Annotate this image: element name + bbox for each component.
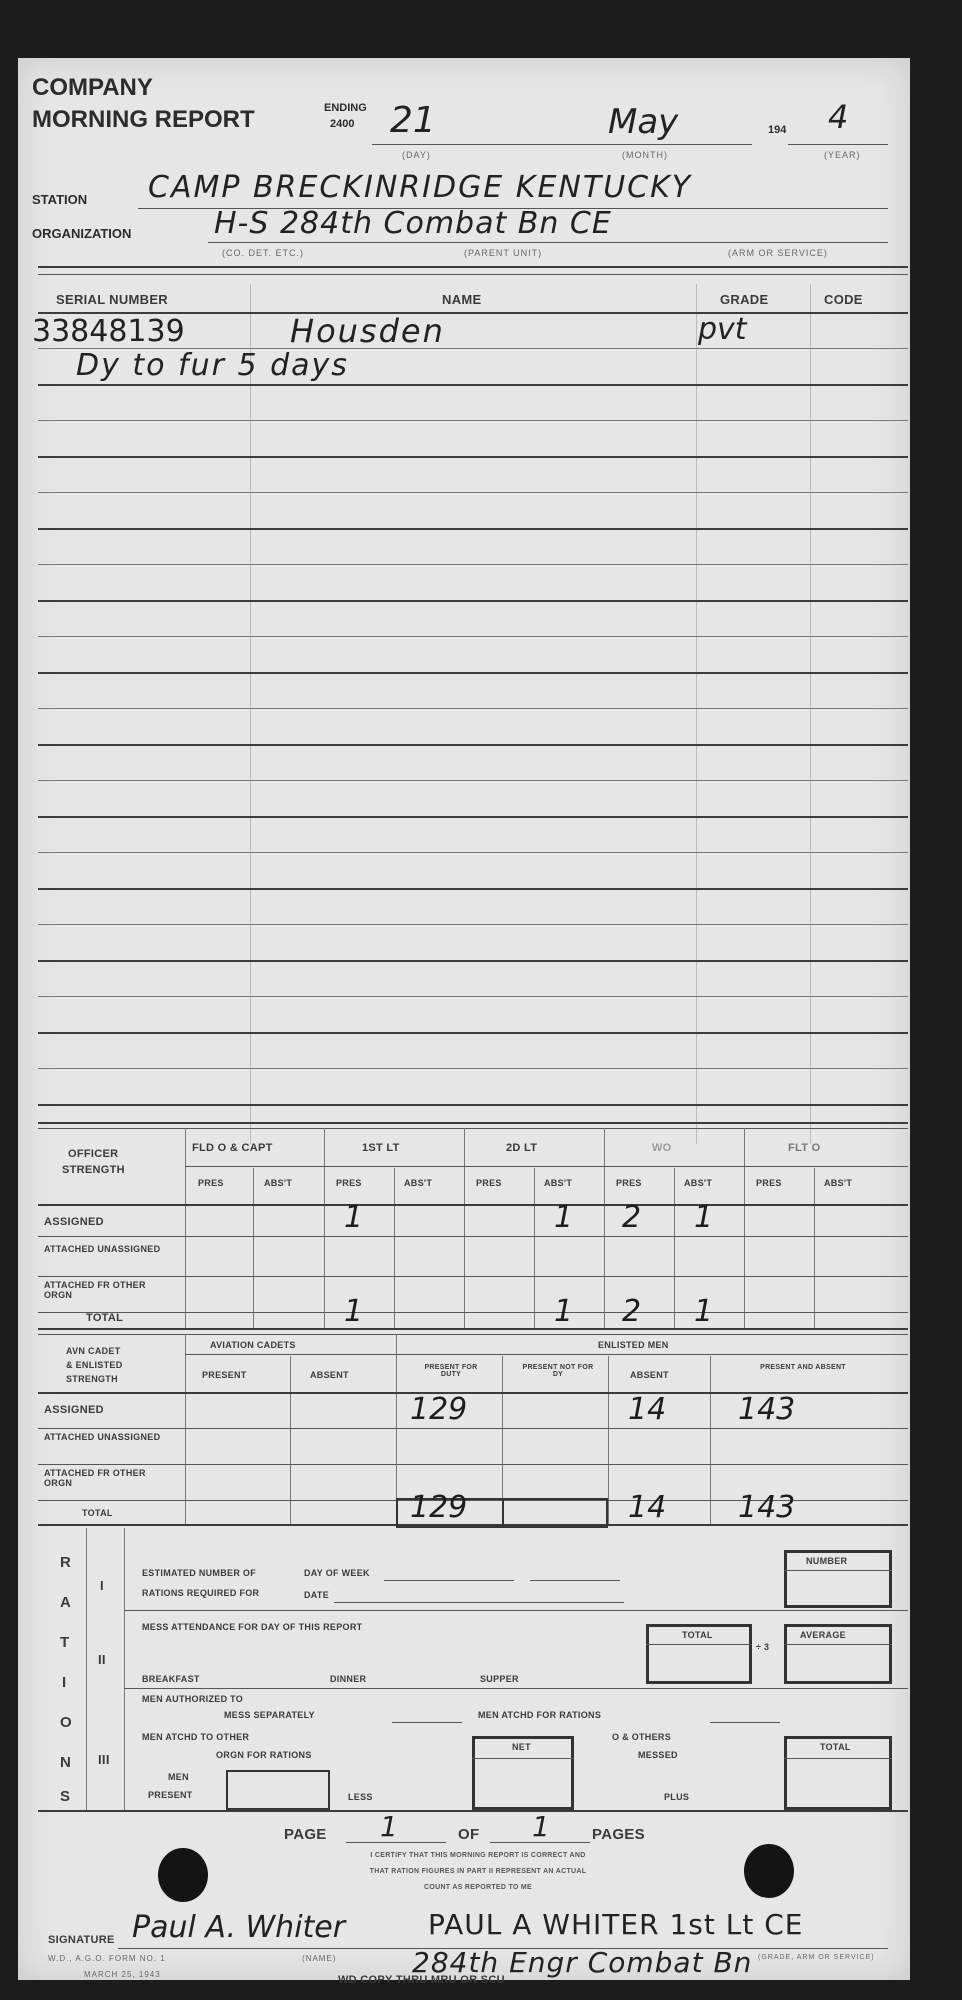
- row-label-attached-fr-other-orgn: ATTACHED FR OTHER ORGN: [44, 1468, 164, 1488]
- subheader-pres: PRES: [336, 1178, 362, 1188]
- men-present-box: [226, 1770, 330, 1810]
- officer-strength-title-2: STRENGTH: [62, 1164, 125, 1176]
- page-total: 1: [532, 1810, 550, 1843]
- rations-letter: T: [60, 1634, 69, 1651]
- form-title-line1: COMPANY: [32, 74, 153, 102]
- subheader-present-for-duty: PRESENT FOR DUTY: [416, 1364, 486, 1378]
- rations-letter: A: [60, 1594, 71, 1611]
- assigned-wo-abst: 1: [694, 1200, 713, 1235]
- part-i-label-2: RATIONS REQUIRED FOR: [142, 1588, 259, 1598]
- men-authorized-label-1: MEN AUTHORIZED TO: [142, 1694, 243, 1704]
- assigned-absent: 14: [628, 1392, 666, 1427]
- part-ii-title: MESS ATTENDANCE FOR DAY OF THIS REPORT: [142, 1622, 362, 1632]
- header-serial-number: SERIAL NUMBER: [56, 292, 168, 307]
- group-enlisted-men: ENLISTED MEN: [598, 1340, 669, 1350]
- total-present-and-absent: 143: [738, 1490, 795, 1525]
- group-1st-lt: 1ST LT: [362, 1142, 400, 1154]
- station-label: STATION: [32, 192, 87, 207]
- wd-copy-label: WD COPY THRU MRU OR SCU: [338, 1974, 505, 1986]
- subheader-absent: ABSENT: [630, 1370, 669, 1380]
- org-caption-2: (PARENT UNIT): [464, 248, 542, 258]
- form-number: W.D., A.G.O. FORM NO. 1: [48, 1954, 166, 1963]
- station-value: CAMP BRECKINRIDGE KENTUCKY: [148, 170, 692, 205]
- total-absent: 14: [628, 1490, 666, 1525]
- year-caption: (YEAR): [824, 150, 861, 160]
- signature: Paul A. Whiter: [132, 1910, 345, 1945]
- plus-label: PLUS: [664, 1792, 689, 1802]
- men-present-label-1: MEN: [168, 1772, 189, 1782]
- rations-letter: R: [60, 1554, 71, 1571]
- pages-label: PAGES: [592, 1826, 645, 1843]
- year-prefix: 194: [768, 124, 786, 136]
- subheader-pres: PRES: [756, 1178, 782, 1188]
- certify-text-1: I CERTIFY THAT THIS MORNING REPORT IS CO…: [258, 1852, 698, 1859]
- total-2d-lt-abst: 1: [554, 1294, 573, 1329]
- net-label: NET: [512, 1742, 531, 1752]
- subheader-present: PRESENT: [202, 1370, 247, 1380]
- binder-hole-left: [158, 1848, 208, 1902]
- row-label-attached-unassigned: ATTACHED UNASSIGNED: [44, 1244, 164, 1254]
- organization-label: ORGANIZATION: [32, 226, 131, 241]
- subheader-abst: ABS'T: [404, 1178, 432, 1188]
- entry-name: Housden: [290, 312, 445, 350]
- form-title-line2: MORNING REPORT: [32, 106, 255, 134]
- group-2d-lt: 2D LT: [506, 1142, 537, 1154]
- subheader-pres: PRES: [476, 1178, 502, 1188]
- organization-value: H-S 284th Combat Bn CE: [214, 206, 612, 241]
- subheader-abst: ABS'T: [684, 1178, 712, 1188]
- subheader-absent: ABSENT: [310, 1370, 349, 1380]
- dinner-label: DINNER: [330, 1674, 366, 1684]
- month-value: May: [608, 102, 678, 142]
- group-wo: WO: [652, 1142, 672, 1154]
- row-label-total: TOTAL: [86, 1312, 123, 1324]
- org-caption-1: (CO. DET. ETC.): [222, 248, 304, 258]
- men-atchd-other-label-1: MEN ATCHD TO OTHER: [142, 1732, 249, 1742]
- grade-caption: (GRADE, ARM OR SERVICE): [758, 1954, 875, 1961]
- rations-letter: N: [60, 1754, 71, 1771]
- page-label: PAGE: [284, 1826, 327, 1843]
- men-present-label-2: PRESENT: [148, 1790, 193, 1800]
- total-label: TOTAL: [682, 1630, 713, 1640]
- ending-time: 2400: [330, 118, 354, 130]
- supper-label: SUPPER: [480, 1674, 519, 1684]
- day-value: 21: [390, 100, 436, 141]
- total-wo-pres: 2: [622, 1294, 641, 1329]
- day-of-week-label: DAY OF WEEK: [304, 1568, 370, 1578]
- entry-serial-number: 33848139: [32, 314, 185, 349]
- row-label-total: TOTAL: [82, 1508, 113, 1518]
- certify-text-3: COUNT AS REPORTED TO ME: [258, 1884, 698, 1891]
- enlisted-title-1: AVN CADET: [66, 1346, 121, 1356]
- month-caption: (MONTH): [622, 150, 668, 160]
- row-label-assigned: ASSIGNED: [44, 1216, 104, 1228]
- subheader-present-and-absent: PRESENT AND ABSENT: [758, 1364, 848, 1371]
- signature-label: SIGNATURE: [48, 1934, 115, 1946]
- group-aviation-cadets: AVIATION CADETS: [210, 1340, 296, 1350]
- o-others-label-1: O & OTHERS: [612, 1732, 671, 1742]
- header-name: NAME: [442, 292, 481, 307]
- subheader-abst: ABS'T: [264, 1178, 292, 1188]
- ending-label: ENDING: [324, 102, 367, 114]
- group-fld-o-capt: FLD O & CAPT: [192, 1142, 273, 1154]
- total-iii-label: TOTAL: [820, 1742, 851, 1752]
- part-i-label-1: ESTIMATED NUMBER OF: [142, 1568, 256, 1578]
- signer-name: PAUL A WHITER 1st Lt CE: [428, 1908, 803, 1941]
- morning-report-form: COMPANY MORNING REPORT ENDING 2400 21 Ma…: [18, 58, 910, 1980]
- year-digit: 4: [828, 98, 848, 136]
- total-present-for-duty: 129: [410, 1490, 467, 1525]
- men-atchd-rations-label: MEN ATCHD FOR RATIONS: [478, 1710, 601, 1720]
- total-wo-abst: 1: [694, 1294, 713, 1329]
- number-label: NUMBER: [806, 1556, 847, 1566]
- day-caption: (DAY): [402, 150, 431, 160]
- assigned-present-for-duty: 129: [410, 1392, 467, 1427]
- rations-letter: I: [62, 1674, 66, 1691]
- page-number: 1: [380, 1810, 398, 1843]
- of-label: OF: [458, 1826, 479, 1843]
- subheader-present-not-for-dy: PRESENT NOT FOR DY: [518, 1364, 598, 1378]
- entry-grade: pvt: [698, 312, 747, 347]
- date-label: DATE: [304, 1590, 329, 1600]
- certify-text-2: THAT RATION FIGURES IN PART II REPRESENT…: [258, 1868, 698, 1875]
- subheader-abst: ABS'T: [544, 1178, 572, 1188]
- row-label-attached-unassigned: ATTACHED UNASSIGNED: [44, 1432, 164, 1442]
- entry-remark: Dy to fur 5 days: [76, 348, 349, 383]
- row-label-assigned: ASSIGNED: [44, 1404, 104, 1416]
- less-label: LESS: [348, 1792, 373, 1802]
- men-atchd-other-label-2: ORGN FOR RATIONS: [216, 1750, 312, 1760]
- assigned-present-and-absent: 143: [738, 1392, 795, 1427]
- total-1st-lt-pres: 1: [344, 1294, 363, 1329]
- binder-hole-right: [744, 1844, 794, 1898]
- subheader-pres: PRES: [198, 1178, 224, 1188]
- org-caption-3: (ARM OR SERVICE): [728, 248, 828, 258]
- header-grade: GRADE: [720, 292, 768, 307]
- assigned-1st-lt-pres: 1: [344, 1200, 363, 1235]
- row-label-attached-fr-other-orgn: ATTACHED FR OTHER ORGN: [44, 1280, 164, 1300]
- part-ii-number: II: [98, 1652, 106, 1667]
- form-date: MARCH 25, 1943: [84, 1970, 161, 1979]
- part-i-number: I: [100, 1578, 104, 1593]
- rations-letter: O: [60, 1714, 72, 1731]
- subheader-pres: PRES: [616, 1178, 642, 1188]
- breakfast-label: BREAKFAST: [142, 1674, 200, 1684]
- name-caption: (NAME): [302, 1954, 336, 1963]
- group-flt-o: FLT O: [788, 1142, 820, 1154]
- officer-strength-title-1: OFFICER: [68, 1148, 118, 1160]
- men-authorized-label-2: MESS SEPARATELY: [224, 1710, 315, 1720]
- enlisted-title-2: & ENLISTED: [66, 1360, 123, 1370]
- subheader-abst: ABS'T: [824, 1178, 852, 1188]
- assigned-2d-lt-abst: 1: [554, 1200, 573, 1235]
- o-others-label-2: MESSED: [638, 1750, 678, 1760]
- header-code: CODE: [824, 292, 863, 307]
- enlisted-title-3: STRENGTH: [66, 1374, 118, 1384]
- part-iii-number: III: [98, 1752, 110, 1767]
- assigned-wo-pres: 2: [622, 1200, 641, 1235]
- rations-letter: S: [60, 1788, 70, 1805]
- average-label: AVERAGE: [800, 1630, 846, 1640]
- divide-by-three-label: ÷ 3: [756, 1642, 776, 1652]
